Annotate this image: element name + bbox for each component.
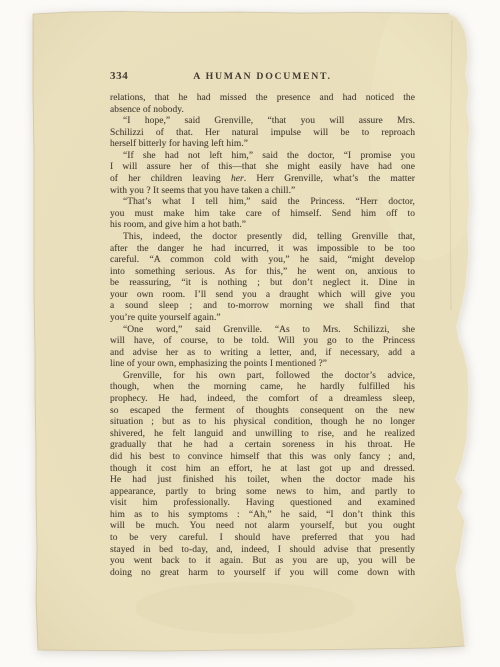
text-line: He had just finished his toilet, when th…: [110, 475, 415, 487]
text-line: herself bitterly for having left him.”: [110, 139, 415, 151]
text-line: appearance, partly to bring some news to…: [110, 487, 415, 499]
text-line: will have, of course, to be told. Will y…: [110, 336, 415, 348]
text-line: will be much. You need not alarm yoursel…: [110, 521, 415, 533]
text-line: you must make him take care of himself. …: [110, 209, 415, 221]
text-line: you’re quite yourself again.”: [110, 313, 415, 325]
text-line: a sound sleep ; and to-morrow morning we…: [110, 301, 415, 313]
text-line: though it cost him an effort, he at last…: [110, 464, 415, 476]
text-line: gradually that he had a certain soreness…: [110, 440, 415, 452]
text-line: absence of nobody.: [110, 105, 415, 117]
text-line: “If she had not left him,” said the doct…: [110, 151, 415, 163]
text-line: be reassuring, “it is nothing ; but don’…: [110, 278, 415, 290]
text-line: I will assure her of this—that she might…: [110, 162, 415, 174]
page-header: 334 A HUMAN DOCUMENT.: [110, 70, 415, 82]
text-line: his room, and give him a hot bath.”: [110, 220, 415, 232]
text-line: careful. “A common cold with you,” he sa…: [110, 255, 415, 267]
text-line: did his best to convince himself that th…: [110, 452, 415, 464]
text-line: him as to his symptoms : “Ah,” he said, …: [110, 510, 415, 522]
text-line: into something serious. As for this,” he…: [110, 267, 415, 279]
text-line: situation ; but as to his physical condi…: [110, 417, 415, 429]
text-line: visit him professionally. Having questio…: [110, 498, 415, 510]
text-line: you went back to it again. But as you ar…: [110, 556, 415, 568]
text-line: line of your own, emphasizing the points…: [110, 359, 415, 371]
scan-background: 334 A HUMAN DOCUMENT. relations, that he…: [0, 0, 500, 667]
text-line: This, indeed, the doctor presently did, …: [110, 232, 415, 244]
text-line: though, when the morning came, he hardly…: [110, 382, 415, 394]
text-line: your own room. I’ll send you a draught w…: [110, 290, 415, 302]
body-text: relations, that he had missed the presen…: [110, 93, 415, 579]
text-line: doing no great harm to yourself if you w…: [110, 568, 415, 580]
text-line: and advise her as to writing a letter, a…: [110, 348, 415, 360]
page-content: 334 A HUMAN DOCUMENT. relations, that he…: [110, 70, 415, 579]
text-line: “One word,” said Grenville. “As to Mrs. …: [110, 325, 415, 337]
text-line: shivered, he felt languid and unwilling …: [110, 429, 415, 441]
text-line: to be very careful. I should have prefer…: [110, 533, 415, 545]
paper-stain: [135, 582, 355, 634]
text-line: with you ? It seems that you have taken …: [110, 186, 415, 198]
text-line: Schilizzi of that. Her natural impulse w…: [110, 128, 415, 140]
text-line: prophecy. He had, indeed, the comfort of…: [110, 394, 415, 406]
text-line: of her children leaving her. Herr Grenvi…: [110, 174, 415, 186]
text-line: “I hope,” said Grenville, “that you will…: [110, 116, 415, 128]
text-line: Grenville, for his own part, followed th…: [110, 371, 415, 383]
text-line: relations, that he had missed the presen…: [110, 93, 415, 105]
running-title: A HUMAN DOCUMENT.: [110, 71, 415, 83]
text-line: so escaped the ferment of thoughts conse…: [110, 406, 415, 418]
text-line: after the danger he had incurred, it was…: [110, 244, 415, 256]
text-line: “That’s what I tell him,” said the Princ…: [110, 197, 415, 209]
text-line: stayed in bed to-day, and, indeed, I sho…: [110, 545, 415, 557]
